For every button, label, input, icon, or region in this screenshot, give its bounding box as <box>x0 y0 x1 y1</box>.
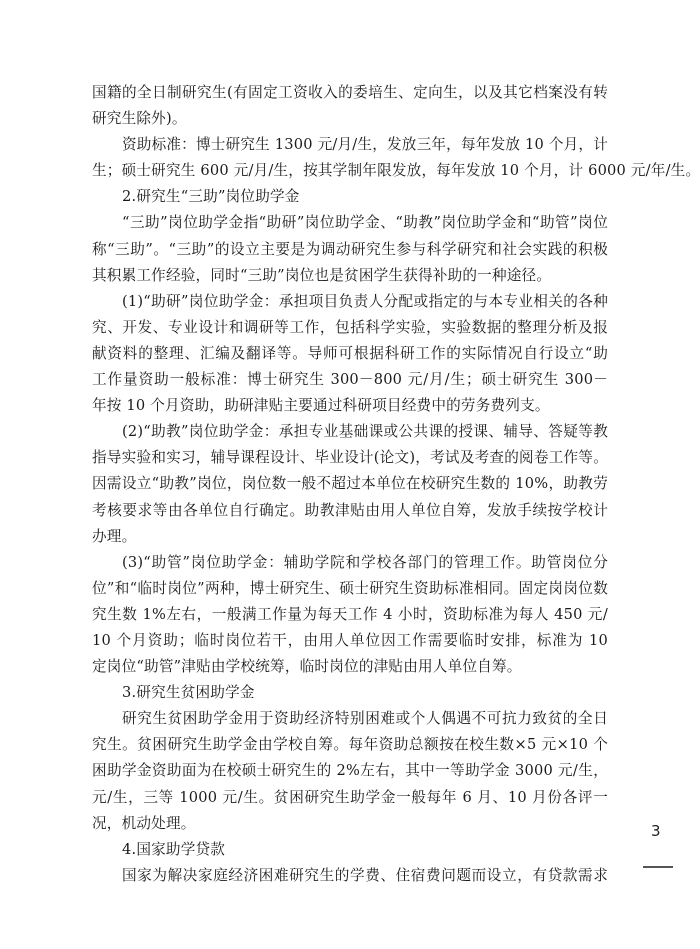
text-line: 办理。 <box>92 524 608 550</box>
text-line: 考核要求等由各单位自行确定。助教津贴由用人单位自筹，发放手续按学校计财处要求 <box>92 498 608 524</box>
text-line: (1)“助研”岗位助学金：承担项目负责人分配或指定的与本专业相关的各种科学研 <box>92 289 608 315</box>
text-line: 究生。贫困研究生助学金由学校自筹。每年资助总额按在校生数×5 元×10 个月计。… <box>92 732 608 758</box>
text-line: 其积累工作经验，同时“三助”岗位也是贫困学生获得补助的一种途径。 <box>92 263 608 289</box>
text-line: 因需设立“助教”岗位，岗位数一般不超过本单位在校研究生数的 10%，助教劳务费标… <box>92 471 608 497</box>
text-line: 研究生贫困助学金用于资助经济特别困难或个人偶遇不可抗力致贫的全日制在籍研 <box>92 706 608 732</box>
section-heading: 4.国家助学贷款 <box>92 837 608 863</box>
document-body: 国籍的全日制研究生(有固定工资收入的委培生、定向生，以及其它档案没有转入我校的研… <box>92 80 608 889</box>
text-line: “三助”岗位助学金指“助研”岗位助学金、“助教”岗位助学金和“助管”岗位助学金，… <box>92 210 608 236</box>
text-line: 国家为解决家庭经济困难研究生的学费、住宿费问题而设立，有贷款需求的研究生， <box>92 863 608 889</box>
text-line: 困助学金资助面为在校硕士研究生的 2%左右，其中一等助学金 3000 元/生，二… <box>92 758 608 784</box>
text-line: 献资料的整理、汇编及翻译等。导师可根据科研工作的实际情况自行设立“助研”岗位，满 <box>92 341 608 367</box>
text-line: 位”和“临时岗位”两种，博士研究生、硕士研究生资助标准相同。固定岗岗位数占在校研 <box>92 576 608 602</box>
section-heading: 2.研究生“三助”岗位助学金 <box>92 184 608 210</box>
text-line: 称“三助”。“三助”的设立主要是为调动研究生参与科学研究和社会实践的积极性，便于 <box>92 237 608 263</box>
page-number: 3 <box>651 822 661 840</box>
text-line: 资助标准：博士研究生 1300 元/月/生，发放三年，每年发放 10 个月，计 … <box>92 132 608 158</box>
text-line: (2)“助教”岗位助学金：承担专业基础课或公共课的授课、辅导、答疑等教学工作以及 <box>92 419 608 445</box>
text-line: 究、开发、专业设计和调研等工作，包括科学实验，实验数据的整理分析及报告的撰写，文 <box>92 315 608 341</box>
section-heading: 3.研究生贫困助学金 <box>92 680 608 706</box>
text-line: 究生数 1%左右，一般满工作量为每天工作 4 小时，资助标准为每人 450 元/… <box>92 602 608 628</box>
text-line: 研究生除外)。 <box>92 106 608 132</box>
text-line: 况，机动处理。 <box>92 811 608 837</box>
text-line: 年按 10 个月资助，助研津贴主要通过科研项目经费中的劳务费列支。 <box>92 393 608 419</box>
text-line: 国籍的全日制研究生(有固定工资收入的委培生、定向生，以及其它档案没有转入我校的 <box>92 80 608 106</box>
text-line: 指导实验和实习，辅导课程设计、毕业设计(论文)，考试及考查的阅卷工作等。各学院可 <box>92 445 608 471</box>
text-line: 生；硕士研究生 600 元/月/生，按其学制年限发放，每年发放 10 个月，计 … <box>92 158 608 184</box>
text-line: 工作量资助一般标准：博士研究生 300－800 元/月/生；硕士研究生 300－… <box>92 367 608 393</box>
page-number-rule <box>643 866 673 868</box>
text-line: 元/生，三等 1000 元/生。贫困研究生助学金一般每年 6 月、10 月份各评… <box>92 785 608 811</box>
text-line: (3)“助管”岗位助学金：辅助学院和学校各部门的管理工作。助管岗位分为“固定岗 <box>92 550 608 576</box>
text-line: 定岗位“助管”津贴由学校统筹，临时岗位的津贴由用人单位自筹。 <box>92 654 608 680</box>
text-line: 10 个月资助；临时岗位若干，由用人单位因工作需要临时安排，标准为 10 元/小… <box>92 628 608 654</box>
